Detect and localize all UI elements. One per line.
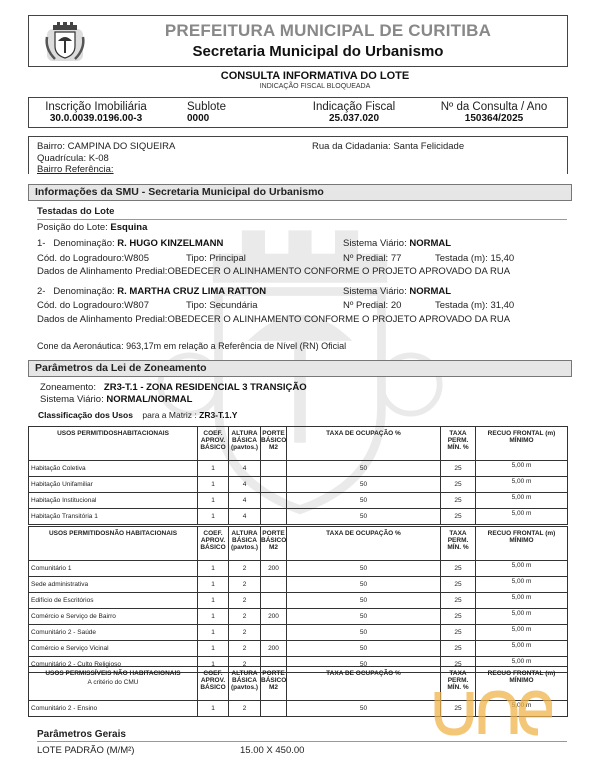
coef-cell: 1: [198, 577, 229, 593]
altura-cell: 2: [229, 561, 261, 577]
usos-category-header: USOS PERMISSÍVEIS NÃO HABITACIONAISA cri…: [29, 667, 198, 701]
coef-cell: 1: [198, 493, 229, 509]
testadas-title: Testadas do Lote: [37, 206, 114, 217]
table-row: Sede administrativa1250255,00 m: [29, 577, 568, 593]
indicacao-fiscal: Indicação Fiscal 25.037.020: [304, 101, 404, 124]
altura-cell: 2: [229, 593, 261, 609]
porte-cell: 200: [261, 561, 287, 577]
testada-1-testada: Testada (m): 15,40: [435, 253, 514, 264]
zoneamento-value: ZR3-T.1 - ZONA RESIDENCIAL 3 TRANSIÇÃO: [104, 382, 307, 393]
taxa-permeabilidade-cell: 25: [441, 625, 476, 641]
uso-cell: Comunitário 1: [29, 561, 198, 577]
testada-index: 2-: [37, 286, 45, 297]
porte-header: PORTE BÁSICO M2: [261, 527, 287, 561]
table-row: Habitação Coletiva1450255,00 m: [29, 461, 568, 477]
porte-cell: [261, 701, 287, 717]
codigo-value: W807: [124, 300, 149, 311]
coef-cell: 1: [198, 561, 229, 577]
quadricula: Quadrícula: K-08: [37, 153, 109, 164]
testada-1-alinhamento: Dados de Alinhamento Predial:OBEDECER O …: [37, 266, 510, 277]
uso-cell: Comunitário 2 - Saúde: [29, 625, 198, 641]
taxa-ocupacao-header: TAXA DE OCUPAÇÃO %: [287, 527, 441, 561]
lote-padrao-label: LOTE PADRÃO (M/M²): [37, 745, 134, 756]
recuo-header: RECUO FRONTAL (m) MÍNIMO: [476, 427, 568, 461]
coef-cell: 1: [198, 641, 229, 657]
organization-name: PREFEITURA MUNICIPAL DE CURITIBA: [29, 21, 567, 41]
recuo-cell: 5,00 m: [476, 477, 568, 493]
zoneamento-line: Zoneamento: ZR3-T.1 - ZONA RESIDENCIAL 3…: [40, 382, 307, 393]
una-brand-watermark-icon: [432, 690, 552, 736]
rua-cidadania-label: Rua da Cidadania:: [312, 141, 391, 152]
testada-1-sistema: Sistema Viário: NORMAL: [343, 238, 451, 249]
porte-header: PORTE BÁSICO M2: [261, 667, 287, 701]
location-box: Bairro: CAMPINA DO SIQUEIRA Rua da Cidad…: [28, 136, 568, 174]
recuo-cell: 5,00 m: [476, 577, 568, 593]
coef-cell: 1: [198, 461, 229, 477]
document-title: CONSULTA INFORMATIVA DO LOTE: [0, 70, 590, 82]
posicao-value: Esquina: [110, 222, 147, 233]
alinhamento-value: OBEDECER O ALINHAMENTO CONFORME O PROJET…: [167, 314, 510, 325]
taxa-permeabilidade-header: TAXA PERM. MÍN. %: [441, 527, 476, 561]
testada-value: 31,40: [490, 300, 514, 311]
denominacao-value: R. HUGO KINZELMANN: [117, 238, 223, 249]
recuo-cell: 5,00 m: [476, 641, 568, 657]
recuo-cell: 5,00 m: [476, 561, 568, 577]
document-header: PREFEITURA MUNICIPAL DE CURITIBA Secreta…: [28, 15, 568, 67]
porte-cell: 200: [261, 641, 287, 657]
taxa-ocupacao-header: TAXA DE OCUPAÇÃO %: [287, 667, 441, 701]
coef-cell: 1: [198, 477, 229, 493]
alinhamento-label: Dados de Alinhamento Predial:: [37, 314, 167, 325]
denominacao-label: Denominação:: [53, 238, 114, 249]
altura-cell: 2: [229, 577, 261, 593]
testada-1-codigo: Cód. do Logradouro:W805: [37, 253, 149, 264]
lote-padrao-value: 15.00 X 450.00: [240, 745, 304, 756]
classificacao-label: Classificação dos Usos: [38, 410, 133, 420]
uso-cell: Edifício de Escritórios: [29, 593, 198, 609]
sistema-viario-label: Sistema Viário:: [40, 394, 104, 405]
posicao-lote: Posição do Lote: Esquina: [37, 222, 147, 233]
porte-cell: [261, 593, 287, 609]
testada-1-predial: Nº Predial: 77: [343, 253, 401, 264]
taxa-ocupacao-cell: 50: [287, 701, 441, 717]
smu-section-header: Informações da SMU - Secretaria Municipa…: [28, 184, 572, 201]
coef-header: COEF. APROV. BÁSICO: [198, 427, 229, 461]
porte-cell: [261, 493, 287, 509]
usos-table: USOS PERMITIDOSHABITACIONAISCOEF. APROV.…: [28, 426, 568, 525]
testada-1-denominacao: 1- Denominação: R. HUGO KINZELMANN: [37, 238, 223, 249]
porte-cell: [261, 461, 287, 477]
taxa-ocupacao-cell: 50: [287, 509, 441, 525]
altura-header: ALTURA BÁSICA (pavtos.): [229, 527, 261, 561]
recuo-header: RECUO FRONTAL (m) MÍNIMO: [476, 527, 568, 561]
porte-cell: [261, 577, 287, 593]
coef-cell: 1: [198, 593, 229, 609]
taxa-ocupacao-cell: 50: [287, 461, 441, 477]
alinhamento-value: OBEDECER O ALINHAMENTO CONFORME O PROJET…: [167, 266, 510, 277]
testada-label: Testada (m):: [435, 253, 488, 264]
testada-2-tipo: Tipo: Secundária: [186, 300, 257, 311]
taxa-permeabilidade-cell: 25: [441, 641, 476, 657]
table-row: Habitação Institucional1450255,00 m: [29, 493, 568, 509]
altura-cell: 2: [229, 609, 261, 625]
codigo-label: Cód. do Logradouro:: [37, 300, 124, 311]
usos-table: USOS PERMITIDOSNÃO HABITACIONAISCOEF. AP…: [28, 526, 568, 673]
table-row: Habitação Transitória 11450255,00 m: [29, 509, 568, 525]
codigo-value: W805: [124, 253, 149, 264]
coef-cell: 1: [198, 509, 229, 525]
parametros-gerais-rule: [37, 741, 567, 742]
testada-1-tipo: Tipo: Principal: [186, 253, 246, 264]
predial-value: 77: [391, 253, 402, 264]
table-row: Habitação Unifamiliar1450255,00 m: [29, 477, 568, 493]
codigo-label: Cód. do Logradouro:: [37, 253, 124, 264]
taxa-ocupacao-cell: 50: [287, 625, 441, 641]
bairro-label: Bairro:: [37, 141, 65, 152]
porte-cell: [261, 509, 287, 525]
tipo-value: Secundária: [209, 300, 257, 311]
parametros-gerais-title: Parâmetros Gerais: [37, 729, 126, 740]
recuo-cell: 5,00 m: [476, 509, 568, 525]
bairro: Bairro: CAMPINA DO SIQUEIRA: [37, 141, 175, 152]
sublote-label: Sublote: [187, 101, 239, 113]
uso-cell: Sede administrativa: [29, 577, 198, 593]
table-row: Edifício de Escritórios1250255,00 m: [29, 593, 568, 609]
zoneamento-label: Zoneamento:: [40, 382, 96, 393]
predial-label: Nº Predial:: [343, 300, 388, 311]
indicacao-fiscal-label: Indicação Fiscal: [304, 101, 404, 113]
matriz-label: para a Matriz :: [142, 410, 196, 420]
recuo-cell: 5,00 m: [476, 609, 568, 625]
taxa-ocupacao-cell: 50: [287, 561, 441, 577]
porte-cell: [261, 625, 287, 641]
uso-cell: Comunitário 2 - Ensino: [29, 701, 198, 717]
taxa-ocupacao-cell: 50: [287, 477, 441, 493]
recuo-cell: 5,00 m: [476, 593, 568, 609]
testada-index: 1-: [37, 238, 45, 249]
table-row: Comércio e Serviço Vicinal1220050255,00 …: [29, 641, 568, 657]
taxa-permeabilidade-cell: 25: [441, 561, 476, 577]
porte-header: PORTE BÁSICO M2: [261, 427, 287, 461]
taxa-permeabilidade-cell: 25: [441, 493, 476, 509]
department-name: Secretaria Municipal do Urbanismo: [29, 43, 567, 60]
posicao-label: Posição do Lote:: [37, 222, 108, 233]
uso-cell: Habitação Unifamiliar: [29, 477, 198, 493]
classificacao-line: Classificação dos Usos para a Matriz : Z…: [38, 410, 237, 420]
denominacao-value: R. MARTHA CRUZ LIMA RATTON: [117, 286, 266, 297]
sublote: Sublote 0000: [187, 101, 239, 124]
sistema-viario-value: NORMAL/NORMAL: [106, 394, 192, 405]
altura-header: ALTURA BÁSICA (pavtos.): [229, 667, 261, 701]
testada-value: 15,40: [490, 253, 514, 264]
uso-cell: Habitação Coletiva: [29, 461, 198, 477]
bairro-value: CAMPINA DO SIQUEIRA: [68, 141, 176, 152]
taxa-ocupacao-cell: 50: [287, 493, 441, 509]
coef-cell: 1: [198, 609, 229, 625]
table-row: Comunitário 2 - Saúde1250255,00 m: [29, 625, 568, 641]
taxa-permeabilidade-cell: 25: [441, 609, 476, 625]
usos-category-subtitle: A critério do CMU: [29, 679, 197, 686]
taxa-permeabilidade-cell: 25: [441, 593, 476, 609]
numero-consulta: Nº da Consulta / Ano 150364/2025: [434, 101, 554, 124]
inscricao-value: 30.0.0039.0196.00-3: [41, 113, 151, 124]
usos-category-header: USOS PERMITIDOSNÃO HABITACIONAIS: [29, 527, 198, 561]
coef-header: COEF. APROV. BÁSICO: [198, 527, 229, 561]
sistema-value: NORMAL: [409, 238, 451, 249]
sistema-value: NORMAL: [409, 286, 451, 297]
usos-category-header: USOS PERMITIDOSHABITACIONAIS: [29, 427, 198, 461]
taxa-permeabilidade-cell: 25: [441, 509, 476, 525]
uso-cell: Comércio e Serviço Vicinal: [29, 641, 198, 657]
recuo-cell: 5,00 m: [476, 493, 568, 509]
document-subtitle: INDICAÇÃO FISCAL BLOQUEADA: [0, 83, 590, 90]
numero-consulta-label: Nº da Consulta / Ano: [434, 101, 554, 113]
predial-value: 20: [391, 300, 402, 311]
altura-cell: 4: [229, 461, 261, 477]
altura-cell: 2: [229, 701, 261, 717]
identifiers-box: Inscrição Imobiliária 30.0.0039.0196.00-…: [28, 97, 568, 128]
testada-2-predial: Nº Predial: 20: [343, 300, 401, 311]
numero-consulta-value: 150364/2025: [434, 113, 554, 124]
testada-2-sistema: Sistema Viário: NORMAL: [343, 286, 451, 297]
rua-cidadania-value: Santa Felicidade: [393, 141, 464, 152]
altura-cell: 2: [229, 625, 261, 641]
testada-2-alinhamento: Dados de Alinhamento Predial:OBEDECER O …: [37, 314, 510, 325]
table-row: Comunitário 11220050255,00 m: [29, 561, 568, 577]
taxa-ocupacao-cell: 50: [287, 641, 441, 657]
rua-cidadania: Rua da Cidadania: Santa Felicidade: [312, 141, 464, 152]
recuo-cell: 5,00 m: [476, 461, 568, 477]
zoneamento-section-header: Parâmetros da Lei de Zoneamento: [28, 360, 572, 377]
taxa-ocupacao-cell: 50: [287, 593, 441, 609]
taxa-permeabilidade-cell: 25: [441, 461, 476, 477]
inscricao-imobiliaria: Inscrição Imobiliária 30.0.0039.0196.00-…: [41, 101, 151, 124]
testada-2-testada: Testada (m): 31,40: [435, 300, 514, 311]
porte-cell: [261, 477, 287, 493]
indicacao-fiscal-value: 25.037.020: [304, 113, 404, 124]
taxa-permeabilidade-cell: 25: [441, 477, 476, 493]
taxa-permeabilidade-header: TAXA PERM. MÍN. %: [441, 427, 476, 461]
uso-cell: Habitação Transitória 1: [29, 509, 198, 525]
cone-aeronautica: Cone da Aeronáutica: 963,17m em relação …: [37, 341, 346, 351]
altura-cell: 4: [229, 493, 261, 509]
altura-cell: 2: [229, 641, 261, 657]
altura-cell: 4: [229, 509, 261, 525]
coef-header: COEF. APROV. BÁSICO: [198, 667, 229, 701]
denominacao-label: Denominação:: [53, 286, 114, 297]
uso-cell: Comércio e Serviço de Bairro: [29, 609, 198, 625]
table-header-row: USOS PERMITIDOSHABITACIONAISCOEF. APROV.…: [29, 427, 568, 461]
sistema-viario-line: Sistema Viário: NORMAL/NORMAL: [40, 394, 192, 405]
sistema-label: Sistema Viário:: [343, 238, 407, 249]
taxa-ocupacao-header: TAXA DE OCUPAÇÃO %: [287, 427, 441, 461]
tipo-value: Principal: [209, 253, 245, 264]
sistema-label: Sistema Viário:: [343, 286, 407, 297]
altura-header: ALTURA BÁSICA (pavtos.): [229, 427, 261, 461]
inscricao-label: Inscrição Imobiliária: [41, 101, 151, 113]
predial-label: Nº Predial:: [343, 253, 388, 264]
coef-cell: 1: [198, 701, 229, 717]
table-header-row: USOS PERMITIDOSNÃO HABITACIONAISCOEF. AP…: [29, 527, 568, 561]
matriz-value: ZR3-T.1.Y: [199, 410, 237, 420]
quadricula-value: K-08: [89, 153, 109, 164]
uso-cell: Habitação Institucional: [29, 493, 198, 509]
taxa-permeabilidade-cell: 25: [441, 577, 476, 593]
testadas-rule: [37, 219, 567, 220]
tipo-label: Tipo:: [186, 300, 207, 311]
taxa-ocupacao-cell: 50: [287, 577, 441, 593]
altura-cell: 4: [229, 477, 261, 493]
testada-2-codigo: Cód. do Logradouro:W807: [37, 300, 149, 311]
recuo-cell: 5,00 m: [476, 625, 568, 641]
alinhamento-label: Dados de Alinhamento Predial:: [37, 266, 167, 277]
testada-2-denominacao: 2- Denominação: R. MARTHA CRUZ LIMA RATT…: [37, 286, 266, 297]
taxa-ocupacao-cell: 50: [287, 609, 441, 625]
table-row: Comércio e Serviço de Bairro1220050255,0…: [29, 609, 568, 625]
sublote-value: 0000: [187, 113, 239, 124]
testada-label: Testada (m):: [435, 300, 488, 311]
porte-cell: 200: [261, 609, 287, 625]
quadricula-label: Quadrícula:: [37, 153, 86, 164]
tipo-label: Tipo:: [186, 253, 207, 264]
bairro-referencia-label: Bairro Referência:: [37, 164, 114, 175]
coef-cell: 1: [198, 625, 229, 641]
